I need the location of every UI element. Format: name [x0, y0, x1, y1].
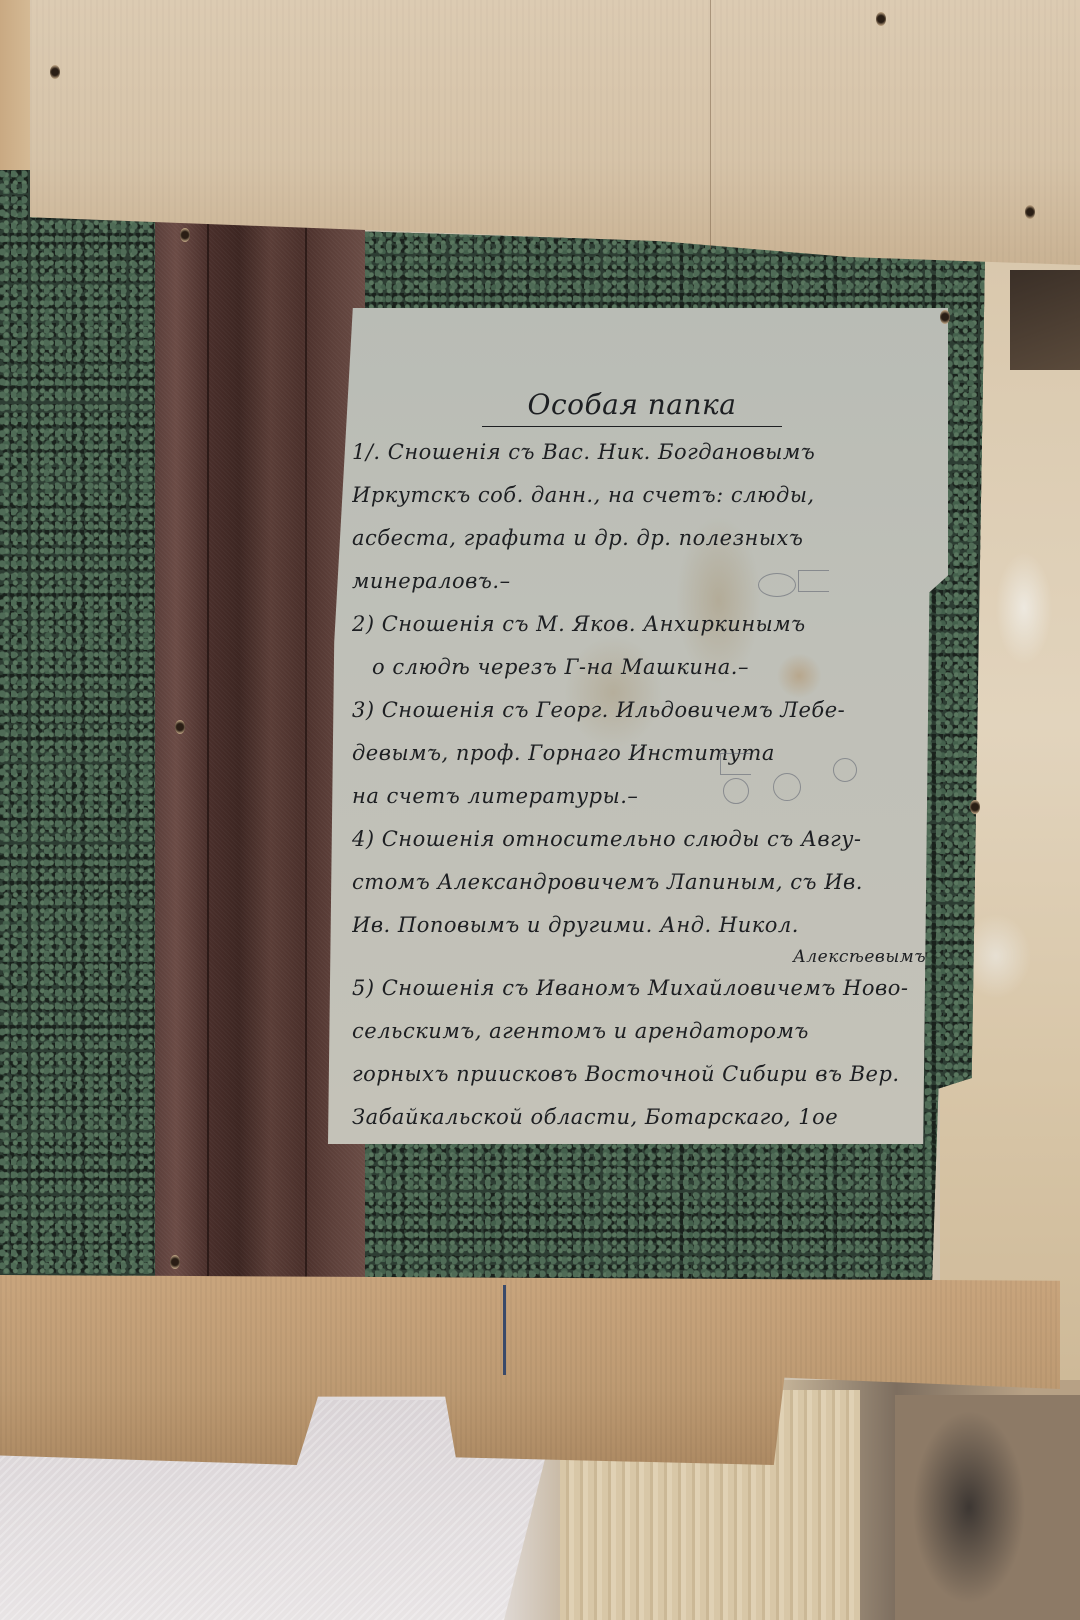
- label-line: Забайкальской области, Ботарскаго, 1ое: [352, 1096, 932, 1139]
- label-line: Алексѣевымъ.: [352, 947, 932, 967]
- nail-hole: [876, 12, 886, 26]
- pencil-crossed-circle-mark: [773, 773, 801, 801]
- label-line: 5) Сношенія съ Иваномъ Михайловичемъ Нов…: [352, 967, 932, 1010]
- blue-pencil-line: [503, 1285, 506, 1375]
- label-line: 1/. Сношенія съ Вас. Ник. Богдановымъ: [352, 431, 932, 474]
- label-line: стомъ Александровичемъ Лапиным, съ Ив.: [352, 861, 932, 904]
- label-line: о слюдѣ черезъ Г-на Машкина.–: [352, 646, 932, 689]
- nail-hole: [180, 228, 190, 242]
- pencil-circle-mark: [723, 778, 749, 804]
- label-line: Иркутскъ соб. данн., на счетъ: слюды,: [352, 474, 932, 517]
- spine-fold-line: [207, 210, 209, 1290]
- label-line: минераловъ.–: [352, 560, 932, 603]
- nail-hole: [50, 65, 60, 79]
- pencil-rectangle-mark: [798, 570, 829, 592]
- label-line: сельскимъ, агентомъ и арендаторомъ: [352, 1010, 932, 1053]
- charred-wood: [895, 1395, 1080, 1620]
- folder-back-cover: [0, 170, 165, 1280]
- nail-hole: [940, 310, 950, 324]
- cardboard-crease: [710, 0, 711, 250]
- pencil-circle-mark: [758, 573, 796, 597]
- pencil-circle-mark: [833, 758, 857, 782]
- label-line: 4) Сношенія относительно слюды съ Авгу-: [352, 818, 932, 861]
- dark-wall-corner: [1010, 270, 1080, 370]
- nail-hole: [970, 800, 980, 814]
- label-line: асбеста, графита и др. др. полезныхъ: [352, 517, 932, 560]
- pencil-rectangle-mark: [720, 753, 751, 775]
- label-line: 3) Сношенія съ Георг. Ильдовичемъ Лебе-: [352, 689, 932, 732]
- photo-scene: Особая папка 1/. Сношенія съ Вас. Ник. Б…: [0, 0, 1080, 1620]
- spine-fold-line: [305, 210, 307, 1290]
- paper-label: Особая папка 1/. Сношенія съ Вас. Ник. Б…: [328, 308, 948, 1144]
- label-line: 2) Сношенія съ М. Яков. Анхиркинымъ: [352, 603, 932, 646]
- label-line: Ив. Поповымъ и другими. Анд. Никол.: [352, 904, 932, 947]
- label-title: Особая папка: [482, 383, 782, 427]
- nail-hole: [175, 720, 185, 734]
- nail-hole: [170, 1255, 180, 1269]
- label-line: горныхъ приисковъ Восточной Сибири въ Ве…: [352, 1053, 932, 1096]
- nail-hole: [1025, 205, 1035, 219]
